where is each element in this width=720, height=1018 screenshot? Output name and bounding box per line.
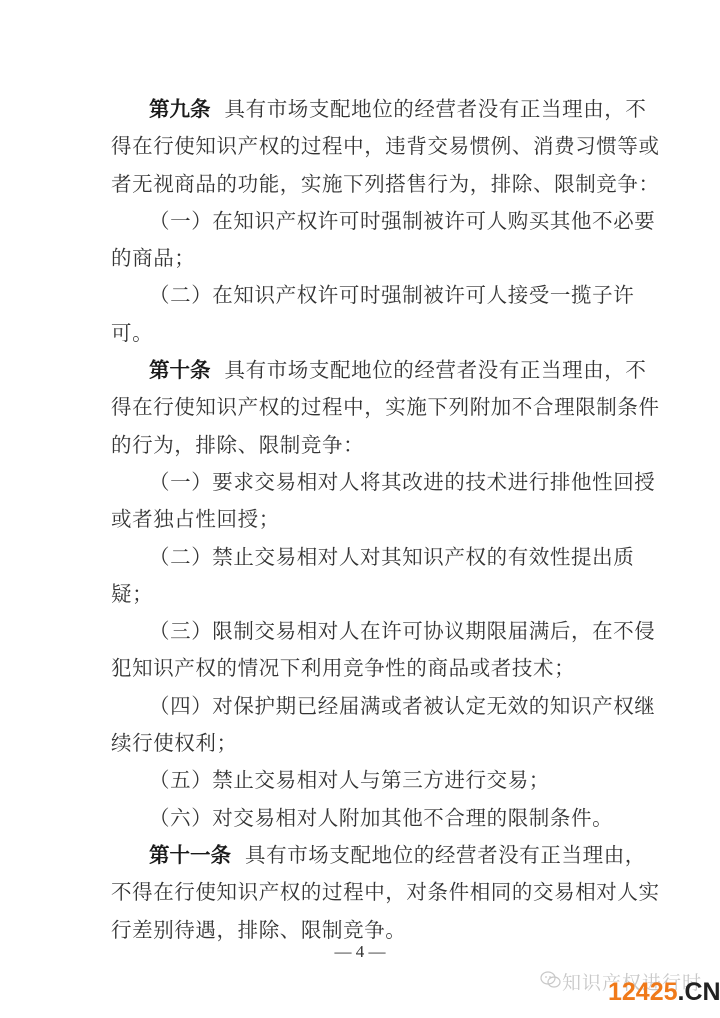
- article-9-line-3: 者无视商品的功能，实施下列搭售行为，排除、限制竞争：: [111, 166, 615, 203]
- page-number: — 4 —: [0, 942, 720, 962]
- article-9-item-2-line-2: 可。: [111, 315, 615, 352]
- article-10-item-5-line-1: （五）禁止交易相对人与第三方进行交易；: [111, 762, 615, 799]
- article-10-item-1-line-1: （一）要求交易相对人将其改进的技术进行排他性回授: [111, 464, 615, 501]
- article-9-item-1-line-2: 的商品；: [111, 240, 615, 277]
- article-10-line-3: 的行为，排除、限制竞争：: [111, 427, 615, 464]
- document-body: 第九条具有市场支配地位的经营者没有正当理由，不 得在行使知识产权的过程中，违背交…: [111, 91, 615, 949]
- article-10-item-4-line-1: （四）对保护期已经届满或者被认定无效的知识产权继: [111, 688, 615, 725]
- article-10-item-4-line-2: 续行使权利；: [111, 725, 615, 762]
- article-11-line-2: 不得在行使知识产权的过程中，对条件相同的交易相对人实: [111, 874, 615, 911]
- document-page: 第九条具有市场支配地位的经营者没有正当理由，不 得在行使知识产权的过程中，违背交…: [0, 0, 720, 1018]
- article-9-line-1: 第九条具有市场支配地位的经营者没有正当理由，不: [111, 91, 615, 128]
- article-heading: 第九条: [149, 97, 211, 121]
- wechat-icon: [540, 970, 562, 990]
- watermark: 知识产权进行时 12425.CN: [540, 966, 720, 1006]
- article-10-line-1: 第十条具有市场支配地位的经营者没有正当理由，不: [111, 352, 615, 389]
- article-heading: 第十一条: [149, 843, 231, 867]
- logo-number: 12425: [608, 978, 678, 1006]
- article-10-item-1-line-2: 或者独占性回授；: [111, 501, 615, 538]
- article-10-line-2: 得在行使知识产权的过程中，实施下列附加不合理限制条件: [111, 389, 615, 426]
- site-logo: 12425.CN: [608, 978, 720, 1007]
- article-9-line-2: 得在行使知识产权的过程中，违背交易惯例、消费习惯等或: [111, 128, 615, 165]
- article-heading: 第十条: [149, 358, 211, 382]
- article-10-item-3-line-1: （三）限制交易相对人在许可协议期限届满后，在不侵: [111, 613, 615, 650]
- article-10-item-3-line-2: 犯知识产权的情况下利用竞争性的商品或者技术；: [111, 650, 615, 687]
- article-10-item-2-line-1: （二）禁止交易相对人对其知识产权的有效性提出质: [111, 539, 615, 576]
- article-11-line-1: 第十一条具有市场支配地位的经营者没有正当理由，: [111, 837, 615, 874]
- article-10-item-6-line-1: （六）对交易相对人附加其他不合理的限制条件。: [111, 800, 615, 837]
- article-10-item-2-line-2: 疑；: [111, 576, 615, 613]
- logo-tld: .CN: [678, 978, 720, 1006]
- article-9-item-2-line-1: （二）在知识产权许可时强制被许可人接受一揽子许: [111, 277, 615, 314]
- article-9-item-1-line-1: （一）在知识产权许可时强制被许可人购买其他不必要: [111, 203, 615, 240]
